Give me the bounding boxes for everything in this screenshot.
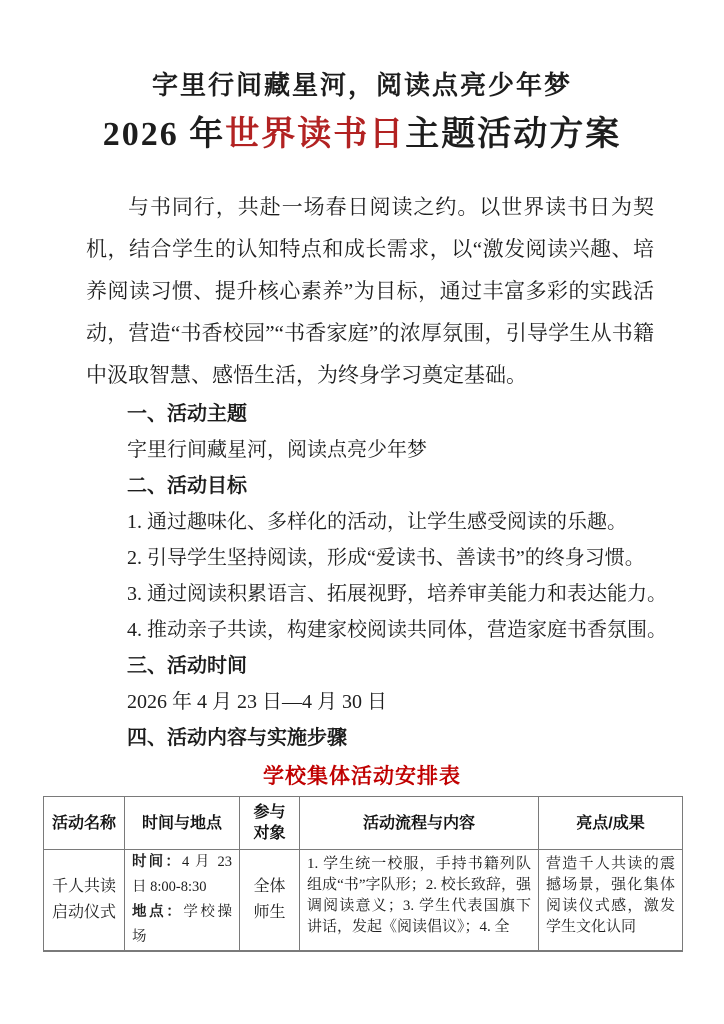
header-process-content: 活动流程与内容 (300, 797, 539, 850)
document-body: 与书同行，共赴一场春日阅读之约。以世界读书日为契机，结合学生的认知特点和成长需求… (86, 186, 654, 756)
time-label: 时间： (132, 854, 182, 870)
school-activity-schedule-table: 活动名称 时间与地点 参与 对象 活动流程与内容 亮点/成果 千人共读 启动仪式… (43, 796, 683, 952)
doc-title-line2: 2026 年世界读书日主题活动方案 (0, 112, 724, 158)
section-2-heading: 二、活动目标 (86, 468, 654, 504)
header-time-place: 时间与地点 (125, 797, 240, 850)
title2-suffix: 主题活动方案 (405, 116, 621, 153)
header-highlights-results: 亮点/成果 (539, 797, 683, 850)
cell-time-place: 时间：4 月 23 日 8:00-8:30地点：学校操场 (125, 850, 240, 952)
highlights-text: 营造千人共读的震撼场景，强化集体阅读仪式感，激发学生文化认同 (546, 854, 675, 938)
table-row: 千人共读 启动仪式 时间：4 月 23 日 8:00-8:30地点：学校操场 全… (44, 850, 683, 952)
cell-activity-name: 千人共读 启动仪式 (44, 850, 125, 952)
doc-title-line1: 字里行间藏星河，阅读点亮少年梦 (0, 0, 724, 104)
cell-process-content: 1. 学生统一校服，手持书籍列队组成“书”字队形；2. 校长致辞，强调阅读意义；… (300, 850, 539, 952)
goal-item-2: 2. 引导学生坚持阅读，形成“爱读书、善读书”的终身习惯。 (86, 540, 654, 576)
schedule-table-caption: 学校集体活动安排表 (0, 762, 724, 790)
goal-item-3: 3. 通过阅读积累语言、拓展视野，培养审美能力和表达能力。 (86, 576, 654, 612)
section-1-theme-line: 字里行间藏星河，阅读点亮少年梦 (86, 432, 654, 468)
intro-paragraph: 与书同行，共赴一场春日阅读之约。以世界读书日为契机，结合学生的认知特点和成长需求… (86, 186, 654, 396)
header-participants: 参与 对象 (240, 797, 300, 850)
header-activity-name: 活动名称 (44, 797, 125, 850)
section-3-heading: 三、活动时间 (86, 648, 654, 684)
section-3-date-line: 2026 年 4 月 23 日—4 月 30 日 (86, 684, 654, 720)
place-label: 地点： (132, 904, 183, 920)
cell-highlights-results: 营造千人共读的震撼场景，强化集体阅读仪式感，激发学生文化认同 (539, 850, 683, 952)
goal-item-1: 1. 通过趣味化、多样化的活动，让学生感受阅读的乐趣。 (86, 504, 654, 540)
process-content-text: 1. 学生统一校服，手持书籍列队组成“书”字队形；2. 校长致辞，强调阅读意义；… (307, 854, 531, 938)
document-page: 字里行间藏星河，阅读点亮少年梦 2026 年世界读书日主题活动方案 与书同行，共… (0, 0, 724, 1024)
table-header-row: 活动名称 时间与地点 参与 对象 活动流程与内容 亮点/成果 (44, 797, 683, 850)
cell-participants: 全体 师生 (240, 850, 300, 952)
section-1-heading: 一、活动主题 (86, 396, 654, 432)
section-4-heading: 四、活动内容与实施步骤 (86, 720, 654, 756)
title2-highlight: 世界读书日 (225, 116, 405, 153)
goal-item-4: 4. 推动亲子共读，构建家校阅读共同体，营造家庭书香氛围。 (86, 612, 654, 648)
title2-prefix: 2026 年 (103, 116, 226, 153)
